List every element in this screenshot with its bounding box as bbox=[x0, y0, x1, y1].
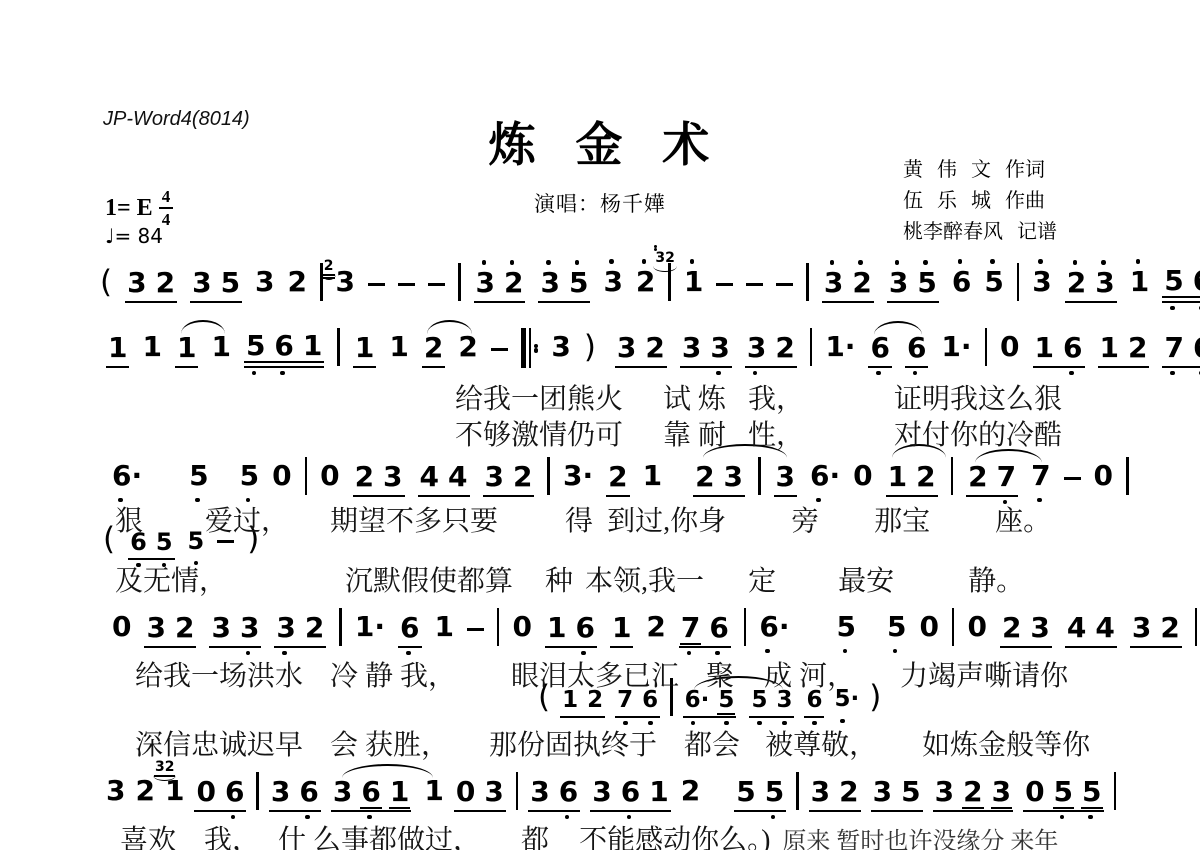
music-note: 6 bbox=[952, 268, 971, 296]
parenthesis: ( bbox=[103, 521, 115, 557]
time-signature-numerator: 4 bbox=[159, 188, 174, 209]
beam-group: 12 bbox=[560, 689, 605, 718]
note-digit: 1· bbox=[355, 613, 385, 641]
octave-dot-above bbox=[575, 260, 580, 265]
note-digit: 0 bbox=[1025, 778, 1044, 806]
note-digit: 1 bbox=[142, 333, 161, 361]
music-note: 2 bbox=[1002, 614, 1021, 642]
note-digit: 6 bbox=[299, 778, 318, 806]
octave-dot-below bbox=[753, 371, 758, 376]
beam-group: 1 bbox=[353, 334, 376, 368]
octave-dot-below bbox=[648, 721, 653, 726]
music-line: 03233321·6101612766·5500234432 bbox=[112, 608, 1197, 648]
lyric-segment: 旁 bbox=[791, 506, 819, 538]
music-note: 6· bbox=[810, 462, 840, 490]
key-signature: 1= E 4 4 bbox=[105, 188, 173, 228]
beam-group: 32 bbox=[274, 614, 326, 648]
lyric-segment: 被尊敬， bbox=[765, 730, 877, 762]
music-note: 2 bbox=[695, 463, 714, 491]
music-note: 2 bbox=[1067, 269, 1086, 297]
barline bbox=[339, 608, 342, 646]
octave-dot-below bbox=[687, 651, 692, 656]
music-note: 6 bbox=[400, 614, 419, 642]
music-note: 4 bbox=[448, 463, 467, 491]
music-line: 323210636361103363612553235323055 bbox=[106, 772, 1116, 812]
music-note: 4 bbox=[420, 463, 439, 491]
note-digit: 6 bbox=[952, 268, 971, 296]
beam-group: 44 bbox=[418, 463, 470, 497]
barline bbox=[985, 328, 988, 366]
music-note: 3 bbox=[485, 463, 504, 491]
repeat-dots bbox=[534, 344, 539, 353]
barline bbox=[758, 457, 761, 495]
octave-dot-below bbox=[1088, 815, 1093, 820]
parenthesis: ) bbox=[584, 329, 596, 365]
beam-group: 6 bbox=[804, 689, 824, 718]
note-digit: 6· bbox=[810, 462, 840, 490]
lyric-line: 给我一场洪水冷 静 我，眼泪太多已汇聚成 河，力竭声嘶请你 bbox=[135, 661, 1068, 693]
music-note: 1 bbox=[303, 332, 322, 360]
note-digit: 3 bbox=[476, 269, 495, 297]
note-digit: 7 bbox=[1164, 334, 1183, 362]
credit-lyricist: 黄 伟 文 作词 bbox=[903, 155, 1057, 186]
duration-dash bbox=[491, 348, 508, 352]
lyric-segment: 座。 bbox=[995, 506, 1051, 538]
octave-dot-above bbox=[609, 259, 614, 264]
note-digit: 3 bbox=[603, 268, 622, 296]
note-digit: 2 bbox=[608, 463, 627, 491]
note-digit: 3 bbox=[211, 614, 230, 642]
lyric-line: 狠爱过，期望不多只要得到过,你身旁那宝座。 bbox=[115, 506, 1051, 538]
note-digit: 2 bbox=[968, 463, 987, 491]
tie-group: 22 bbox=[422, 333, 478, 368]
music-note: 3 bbox=[146, 614, 165, 642]
octave-dot-above bbox=[895, 260, 900, 265]
beam-group: 35 bbox=[538, 269, 590, 303]
beam-group: 2 bbox=[606, 463, 629, 497]
beam-group: 32 bbox=[822, 269, 874, 303]
octave-dot-below bbox=[282, 651, 287, 656]
note-digit: 2 bbox=[646, 613, 665, 641]
note-digit: 2 bbox=[1128, 334, 1147, 362]
note-digit: 4 bbox=[448, 463, 467, 491]
barline bbox=[952, 608, 955, 646]
note-digit: 3 bbox=[276, 614, 295, 642]
music-note: 2 bbox=[608, 463, 627, 491]
beam-group: 1 bbox=[106, 334, 129, 368]
note-digit: 1 bbox=[1100, 334, 1119, 362]
music-note: 2 bbox=[968, 463, 987, 491]
octave-dot-above bbox=[1101, 260, 1106, 265]
note-digit: 3 bbox=[271, 778, 290, 806]
octave-dot-above bbox=[990, 259, 995, 264]
duration-dash bbox=[716, 283, 733, 287]
music-note: 3 bbox=[889, 269, 908, 297]
note-digit: 7 bbox=[997, 463, 1016, 491]
note-digit: 2 bbox=[1067, 269, 1086, 297]
music-note: 6 bbox=[1063, 334, 1082, 362]
music-note: 5 bbox=[1082, 778, 1101, 806]
beam-group: 055 bbox=[1023, 778, 1103, 812]
lyric-line: 给我一团熊火试 炼我，证明我这么狠 bbox=[455, 384, 1062, 416]
music-note: 3 bbox=[476, 269, 495, 297]
beam-group: 35 bbox=[190, 269, 242, 303]
note-digit: 3 bbox=[106, 777, 125, 805]
note-digit: 5 bbox=[917, 269, 936, 297]
tie-group: 6·553 bbox=[683, 689, 795, 718]
beam-group: 36 bbox=[528, 778, 580, 812]
beam-group: 361 bbox=[590, 778, 670, 812]
lyric-line: 深信忠诚迟早会 获胜，那份固执终于都会被尊敬，如炼金般等你 bbox=[135, 730, 1090, 762]
note-digit: 1 bbox=[643, 462, 662, 490]
note-digit: 3 bbox=[540, 269, 559, 297]
music-note: 3 bbox=[127, 269, 146, 297]
lyric-segment: 眼泪太多已汇 bbox=[511, 661, 679, 693]
note-digit: 2 bbox=[681, 777, 700, 805]
note-digit: 3 bbox=[992, 778, 1011, 806]
music-note: 2 bbox=[504, 269, 523, 297]
barline bbox=[458, 263, 461, 301]
note-digit: 1 bbox=[355, 334, 374, 362]
octave-dot-above bbox=[1038, 259, 1043, 264]
octave-dot-below bbox=[252, 371, 257, 376]
octave-dot-below bbox=[1069, 371, 1074, 376]
note-digit: 5 bbox=[901, 778, 920, 806]
barline bbox=[497, 608, 500, 646]
lyric-segment: 不能感动你么。) bbox=[579, 825, 770, 850]
note-digit: 7 bbox=[1031, 462, 1050, 490]
octave-dot-below bbox=[406, 651, 411, 656]
music-note: 7 bbox=[1164, 334, 1183, 362]
music-note: 3 bbox=[724, 463, 743, 491]
beam-group: 27 bbox=[966, 463, 1018, 497]
note-digit: 3 bbox=[1095, 269, 1114, 297]
music-note: 3 bbox=[1030, 614, 1049, 642]
time-signature: 4 4 bbox=[159, 188, 174, 228]
music-note: 2 bbox=[963, 778, 982, 806]
beam-group: 32 bbox=[1130, 614, 1182, 648]
lyric-segment: 定 bbox=[748, 566, 776, 598]
music-note: 3 bbox=[383, 463, 402, 491]
music-note: 3 bbox=[1132, 614, 1151, 642]
music-note: 1 bbox=[424, 777, 443, 805]
beam-group: 32 bbox=[125, 269, 177, 303]
beam-group: 36 bbox=[269, 778, 321, 812]
note-digit: 1 bbox=[108, 334, 127, 362]
beam-group: 23 bbox=[1000, 614, 1052, 648]
beam-group: 6 bbox=[398, 614, 421, 648]
beam-group: 23 bbox=[1065, 269, 1117, 303]
note-digit: 1 bbox=[165, 777, 184, 805]
lyric-segment: 到过,你身 bbox=[607, 506, 726, 538]
music-note: 2 bbox=[1128, 334, 1147, 362]
note-digit: 2 bbox=[852, 269, 871, 297]
beam-group: 32 bbox=[483, 463, 535, 497]
tie-group: 3611 bbox=[331, 777, 444, 812]
octave-dot-below bbox=[1037, 498, 1042, 503]
beam-group: 16 bbox=[1033, 334, 1085, 368]
music-note: 5 bbox=[917, 269, 936, 297]
beam-group: 03 bbox=[454, 778, 506, 812]
music-note: 6· bbox=[112, 462, 142, 490]
beam-group: 32 bbox=[615, 334, 667, 368]
note-digit: 3· bbox=[563, 462, 593, 490]
duration-dash bbox=[398, 283, 415, 287]
note-digit: 0 bbox=[112, 613, 131, 641]
music-note: 3 bbox=[603, 268, 622, 296]
music-note: 1 bbox=[649, 778, 668, 806]
note-digit: 2 bbox=[424, 334, 443, 362]
note-digit: 5 bbox=[887, 613, 906, 641]
note-digit: 5 bbox=[837, 613, 856, 641]
duration-dash bbox=[217, 540, 234, 544]
music-note: 6 bbox=[1193, 334, 1200, 362]
barline bbox=[796, 772, 799, 810]
note-digit: 3 bbox=[551, 333, 570, 361]
note-digit: 1· bbox=[941, 333, 971, 361]
music-note: 6 bbox=[559, 778, 578, 806]
music-note: 1 bbox=[612, 614, 631, 642]
note-digit: 2 bbox=[355, 463, 374, 491]
music-note: 0 bbox=[456, 778, 475, 806]
note-digit: 1 bbox=[389, 333, 408, 361]
note-digit: 3 bbox=[935, 778, 954, 806]
music-note: 1 bbox=[435, 613, 454, 641]
music-note: 0 bbox=[853, 462, 872, 490]
beam-group: 32 bbox=[474, 269, 526, 303]
octave-dot-above bbox=[690, 259, 695, 264]
music-note: 0 bbox=[919, 613, 938, 641]
music-note: 3 bbox=[811, 778, 830, 806]
music-note: 6 bbox=[361, 778, 380, 806]
note-digit: 5 bbox=[765, 778, 784, 806]
music-note: 3 bbox=[484, 778, 503, 806]
music-note: 1 bbox=[888, 463, 907, 491]
octave-dot-below bbox=[840, 719, 845, 724]
note-digit: 1 bbox=[684, 268, 703, 296]
note-digit: 5 bbox=[569, 269, 588, 297]
note-digit: 2 bbox=[916, 463, 935, 491]
note-digit: 3 bbox=[530, 778, 549, 806]
music-line: (323532323235323213235653231561 bbox=[100, 263, 1200, 303]
octave-dot-below bbox=[581, 651, 586, 656]
music-note: 2 bbox=[288, 268, 307, 296]
music-note: 3 bbox=[592, 778, 611, 806]
note-digit: 3 bbox=[724, 463, 743, 491]
music-note: 2 bbox=[156, 269, 175, 297]
note-digit: 0 bbox=[512, 613, 531, 641]
music-note: 1 bbox=[211, 333, 230, 361]
octave-dot-below bbox=[231, 815, 236, 820]
duration-dash bbox=[1064, 477, 1081, 481]
note-digit: 1 bbox=[211, 333, 230, 361]
note-digit: 3 bbox=[255, 268, 274, 296]
note-digit: 2 bbox=[513, 463, 532, 491]
barline bbox=[1195, 608, 1198, 646]
music-note: 6 bbox=[299, 778, 318, 806]
music-note: 6 bbox=[274, 332, 293, 360]
music-note: 2 bbox=[175, 614, 194, 642]
beam-group: 33 bbox=[209, 614, 261, 648]
note-digit: 3 bbox=[824, 269, 843, 297]
music-note: 1 bbox=[547, 614, 566, 642]
lyric-segment: 什 么事都做过， bbox=[278, 825, 481, 850]
beam-group: 561 bbox=[244, 332, 324, 368]
lyric-segment: 聚 bbox=[706, 661, 734, 693]
octave-dot-below bbox=[118, 498, 123, 503]
lyric-line: 喜欢我，什 么事都做过，都不能感动你么。)原来 暂时也许没缘分 来年 bbox=[120, 825, 1058, 850]
music-note: 6 bbox=[575, 614, 594, 642]
music-note: 3 bbox=[240, 614, 259, 642]
music-note: 0 bbox=[1025, 778, 1044, 806]
note-digit: 6 bbox=[400, 614, 419, 642]
lyric-segment: 都会 bbox=[684, 730, 740, 762]
lyric-segment: 喜欢 bbox=[120, 825, 176, 850]
note-digit: 0 bbox=[1094, 462, 1113, 490]
music-note: 6 bbox=[1193, 267, 1200, 295]
barline bbox=[1017, 263, 1020, 301]
lyric-segment: 那宝 bbox=[874, 506, 930, 538]
note-digit: 2 bbox=[135, 777, 154, 805]
music-note: 0 bbox=[1094, 462, 1113, 490]
beam-group: 6 bbox=[905, 334, 928, 368]
tempo-marking: ♩= 84 bbox=[105, 224, 163, 248]
barline bbox=[1114, 772, 1117, 810]
music-note: 5 bbox=[569, 269, 588, 297]
music-note: 3 bbox=[710, 334, 729, 362]
beam-group: 33 bbox=[680, 334, 732, 368]
barline bbox=[305, 457, 308, 495]
lyric-segment: 证明我这么狠 bbox=[894, 384, 1062, 416]
note-digit: 3 bbox=[333, 778, 352, 806]
grace-octave-dots bbox=[654, 245, 675, 251]
note-digit: 0 bbox=[456, 778, 475, 806]
music-note: 3 bbox=[682, 334, 701, 362]
music-note: 2 bbox=[305, 614, 324, 642]
music-note: 3 bbox=[106, 777, 125, 805]
octave-dot-below bbox=[716, 371, 721, 376]
octave-dot-above bbox=[1073, 260, 1078, 265]
note-digit: 0 bbox=[1000, 333, 1019, 361]
beam-group: 23 bbox=[693, 463, 745, 497]
octave-dot-below bbox=[1060, 815, 1065, 820]
note-digit: 1· bbox=[825, 333, 855, 361]
octave-dot-below bbox=[1170, 371, 1175, 376]
music-note: 1 bbox=[1035, 334, 1054, 362]
lyric-segment: 静。 bbox=[968, 566, 1024, 598]
music-note: 3· bbox=[563, 462, 593, 490]
octave-dot-below bbox=[623, 721, 628, 726]
octave-dot-above bbox=[510, 260, 515, 265]
music-note: 3 bbox=[192, 269, 211, 297]
tie-group: 11 bbox=[175, 333, 231, 368]
octave-dot-below bbox=[1170, 306, 1175, 311]
note-digit: 6 bbox=[907, 334, 926, 362]
note-digit: 3 bbox=[710, 334, 729, 362]
note-digit: 3 bbox=[617, 334, 636, 362]
music-note: 2 bbox=[681, 777, 700, 805]
note-digit: 0 bbox=[853, 462, 872, 490]
music-note: 4 bbox=[1067, 614, 1086, 642]
note-digit: 0 bbox=[196, 778, 215, 806]
note-digit: 2 bbox=[458, 333, 477, 361]
music-note: 7 bbox=[1031, 462, 1050, 490]
repeat-sign bbox=[521, 328, 539, 368]
music-note: 2 bbox=[646, 613, 665, 641]
music-note: 1 bbox=[1130, 268, 1149, 296]
lyric-line: 及无情，沉默假使都算种本领,我一定最安静。 bbox=[115, 566, 1024, 598]
note-digit: 2 bbox=[963, 778, 982, 806]
music-note: 3 bbox=[271, 778, 290, 806]
duration-dash bbox=[428, 283, 445, 287]
note-digit: 6 bbox=[1193, 334, 1200, 362]
music-note: 32 bbox=[336, 268, 355, 296]
music-note: 2 bbox=[645, 334, 664, 362]
thin-bar bbox=[529, 328, 531, 368]
music-note: 2 bbox=[852, 269, 871, 297]
music-note: 5 bbox=[246, 332, 265, 360]
music-note: 0 bbox=[196, 778, 215, 806]
note-digit: 1 bbox=[424, 777, 443, 805]
note-digit: 2 bbox=[775, 334, 794, 362]
lyric-segment: 期望不多只要 bbox=[330, 506, 498, 538]
octave-dot-below bbox=[816, 498, 821, 503]
credit-composer: 伍 乐 城 作曲 bbox=[903, 186, 1057, 217]
music-note: 6 bbox=[870, 334, 889, 362]
music-note: 5 bbox=[240, 462, 259, 490]
dot bbox=[534, 348, 539, 353]
octave-dot-below bbox=[812, 721, 817, 726]
music-note: 3 bbox=[530, 778, 549, 806]
music-note: 0 bbox=[112, 613, 131, 641]
barline bbox=[516, 772, 519, 810]
lyric-segment: 给我一场洪水 bbox=[135, 661, 303, 693]
parenthesis: ( bbox=[100, 264, 112, 300]
note-digit: 6 bbox=[1063, 334, 1082, 362]
lyric-segment: 最安 bbox=[838, 566, 894, 598]
lyric-segment: 得 bbox=[565, 506, 593, 538]
note-digit: 3 bbox=[146, 614, 165, 642]
tie-group: 277 bbox=[966, 462, 1050, 497]
duration-dash bbox=[746, 283, 763, 287]
music-line: 111156111223)3233321·661·0161276 bbox=[106, 328, 1200, 368]
grace-note: 2 bbox=[323, 259, 335, 279]
duration-dash bbox=[467, 628, 484, 632]
lyric-segment: 沉默假使都算 bbox=[345, 566, 513, 598]
beam-group: 32 bbox=[745, 334, 797, 368]
music-note: 3 bbox=[551, 333, 570, 361]
music-note: 3 bbox=[776, 463, 795, 491]
beam-group: 12 bbox=[886, 463, 938, 497]
note-digit: 5 bbox=[1082, 778, 1101, 806]
octave-dot-below bbox=[1003, 500, 1008, 505]
note-digit: 2 bbox=[288, 268, 307, 296]
music-note: 0 bbox=[1000, 333, 1019, 361]
octave-dot-below bbox=[194, 561, 199, 566]
beam-group: 35 bbox=[871, 778, 923, 812]
tie-group: 66 bbox=[868, 334, 928, 368]
octave-dot-above bbox=[923, 260, 928, 265]
note-digit: 0 bbox=[919, 613, 938, 641]
barline bbox=[806, 263, 809, 301]
music-note: 1· bbox=[355, 613, 385, 641]
duration-dash bbox=[776, 283, 793, 287]
note-digit: 1 bbox=[649, 778, 668, 806]
music-note: 5 bbox=[984, 268, 1003, 296]
lyric-segment: 种 bbox=[545, 566, 573, 598]
tie-group: 233 bbox=[693, 457, 797, 497]
note-digit: 6· bbox=[759, 613, 789, 641]
